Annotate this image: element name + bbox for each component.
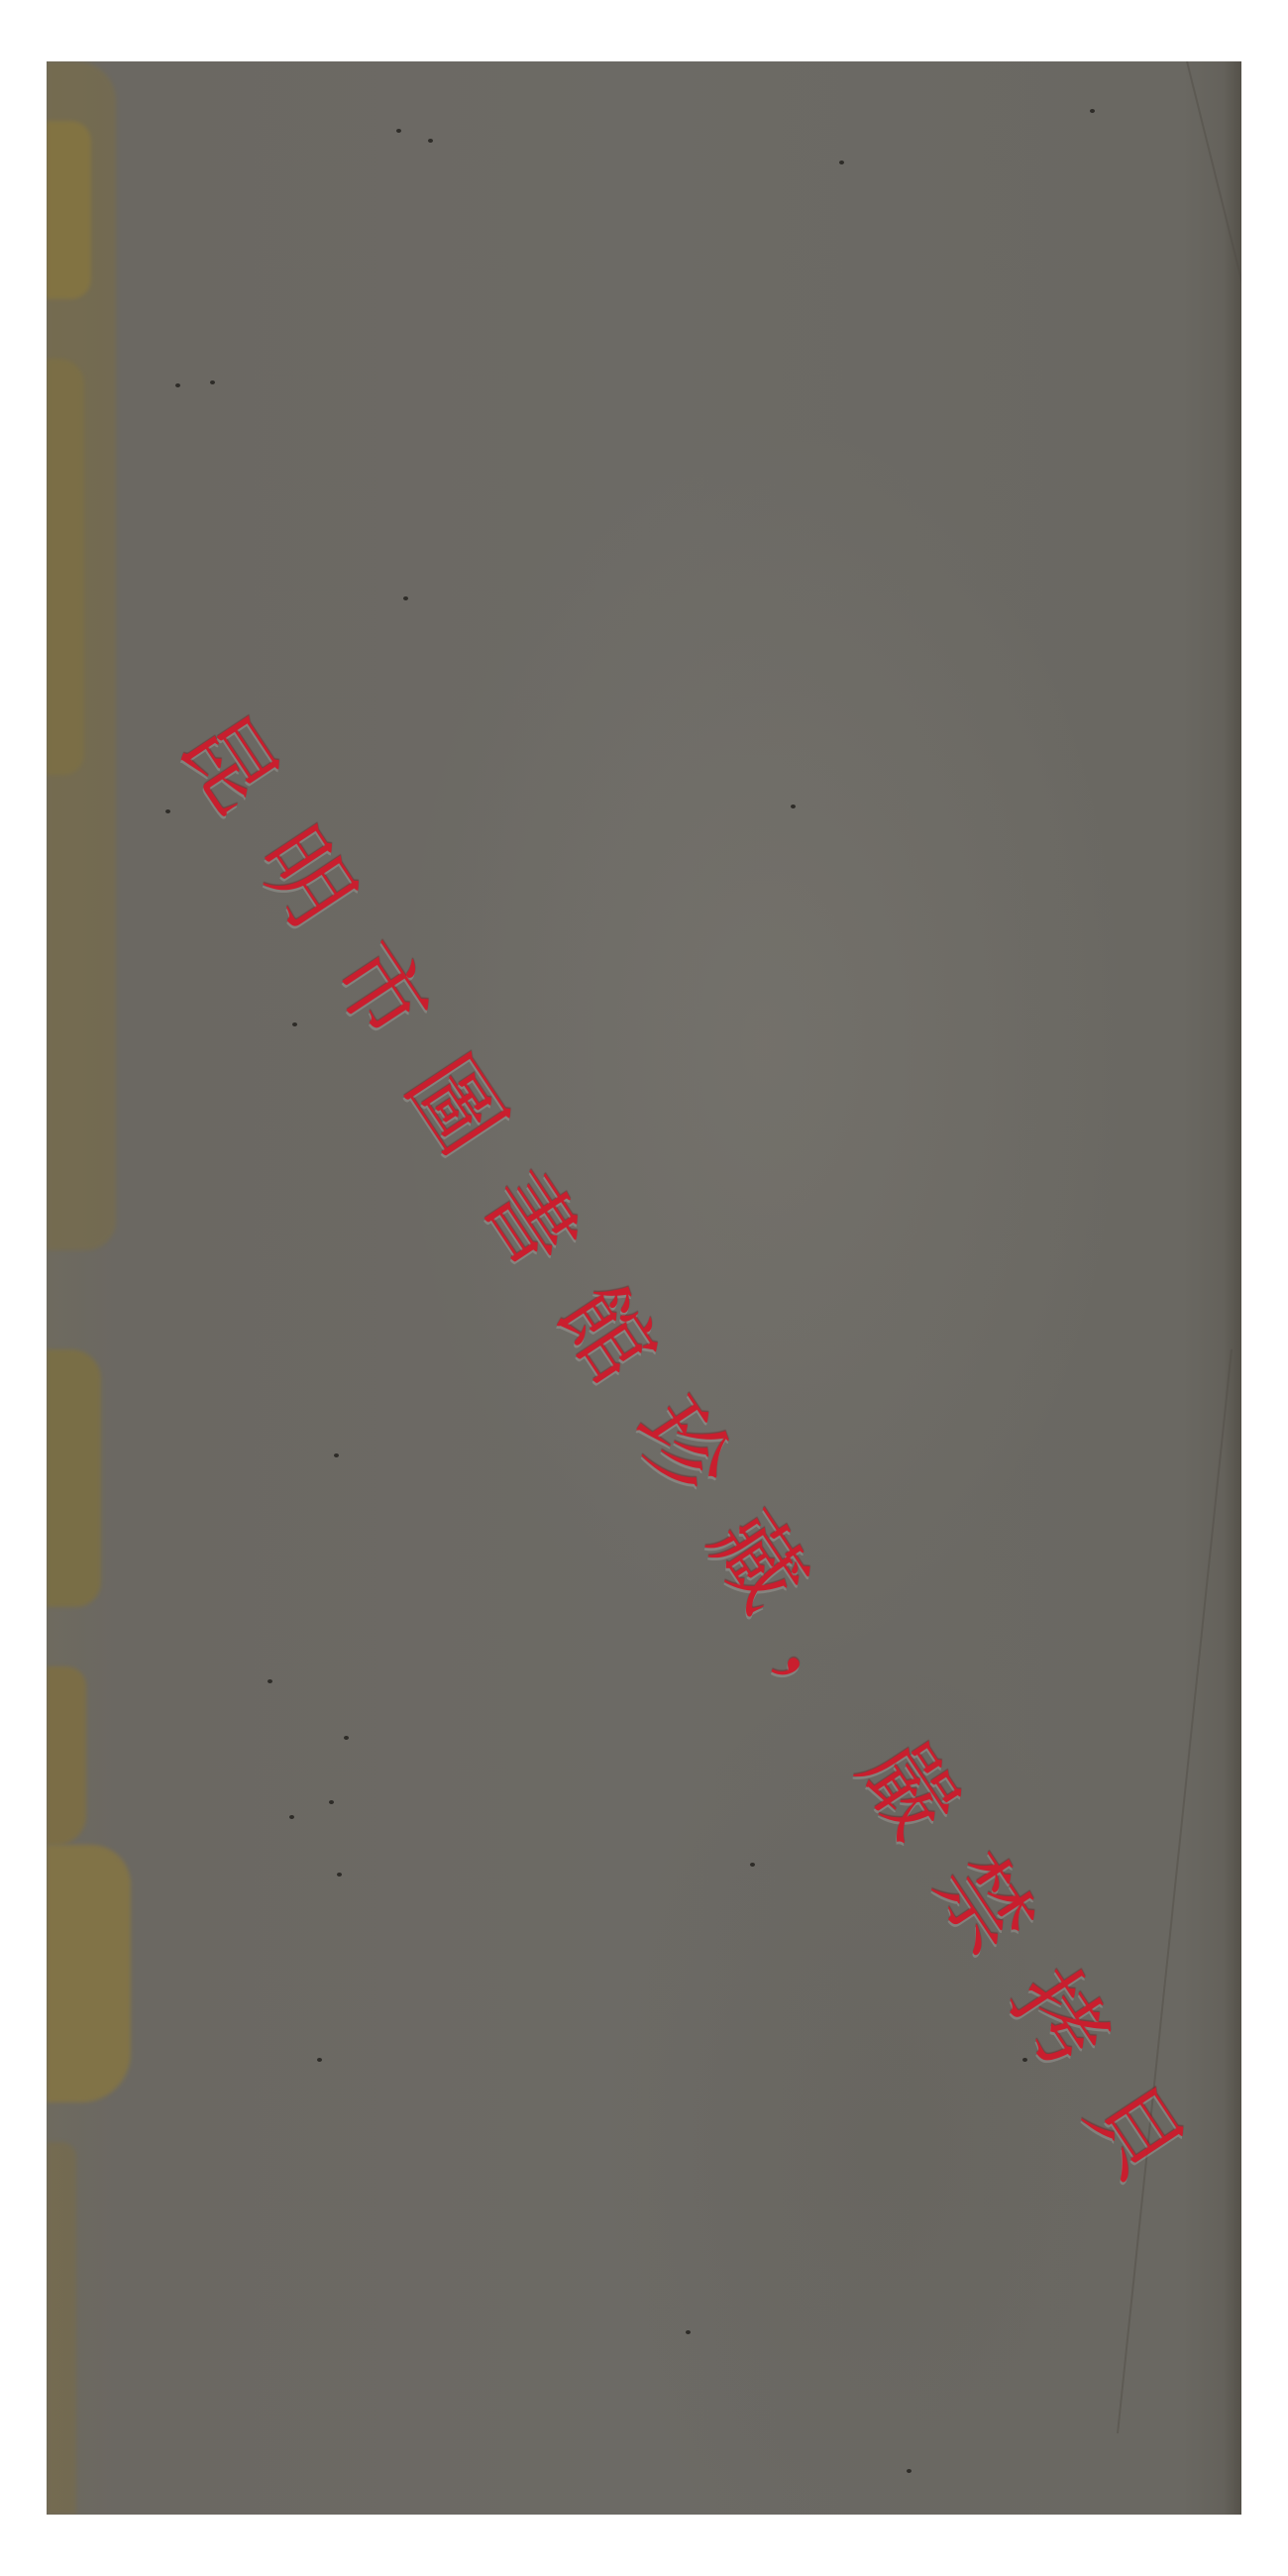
paper-speck <box>1090 109 1095 113</box>
paper-speck <box>334 1453 339 1457</box>
paper-speck <box>396 129 401 133</box>
scanned-page: 昆明市圖書館珍藏，嚴禁拷貝 <box>47 61 1241 2515</box>
paper-speck <box>907 2469 912 2473</box>
paper-speck <box>839 161 844 164</box>
edge-stain <box>47 2142 76 2515</box>
paper-speck <box>403 596 408 600</box>
edge-stain <box>47 1666 86 1845</box>
paper-speck <box>165 809 170 813</box>
paper-speck <box>344 1736 349 1740</box>
paper-speck <box>750 1863 755 1867</box>
paper-speck <box>292 1022 297 1026</box>
edge-stain <box>47 121 91 299</box>
paper-speck <box>268 1679 272 1683</box>
edge-stain <box>47 1349 101 1607</box>
library-watermark-stamp: 昆明市圖書館珍藏，嚴禁拷貝 <box>156 686 1241 2240</box>
paper-speck <box>791 805 796 808</box>
paper-speck <box>337 1873 342 1877</box>
edge-stain <box>47 1845 131 2102</box>
edge-stain <box>47 359 84 775</box>
paper-speck <box>289 1815 294 1819</box>
paper-speck <box>210 380 215 384</box>
paper-speck <box>329 1800 334 1804</box>
paper-crease <box>1117 1349 1233 2433</box>
paper-speck <box>686 2330 691 2334</box>
paper-speck <box>317 2058 322 2062</box>
paper-speck <box>428 139 433 143</box>
paper-speck <box>175 383 180 387</box>
